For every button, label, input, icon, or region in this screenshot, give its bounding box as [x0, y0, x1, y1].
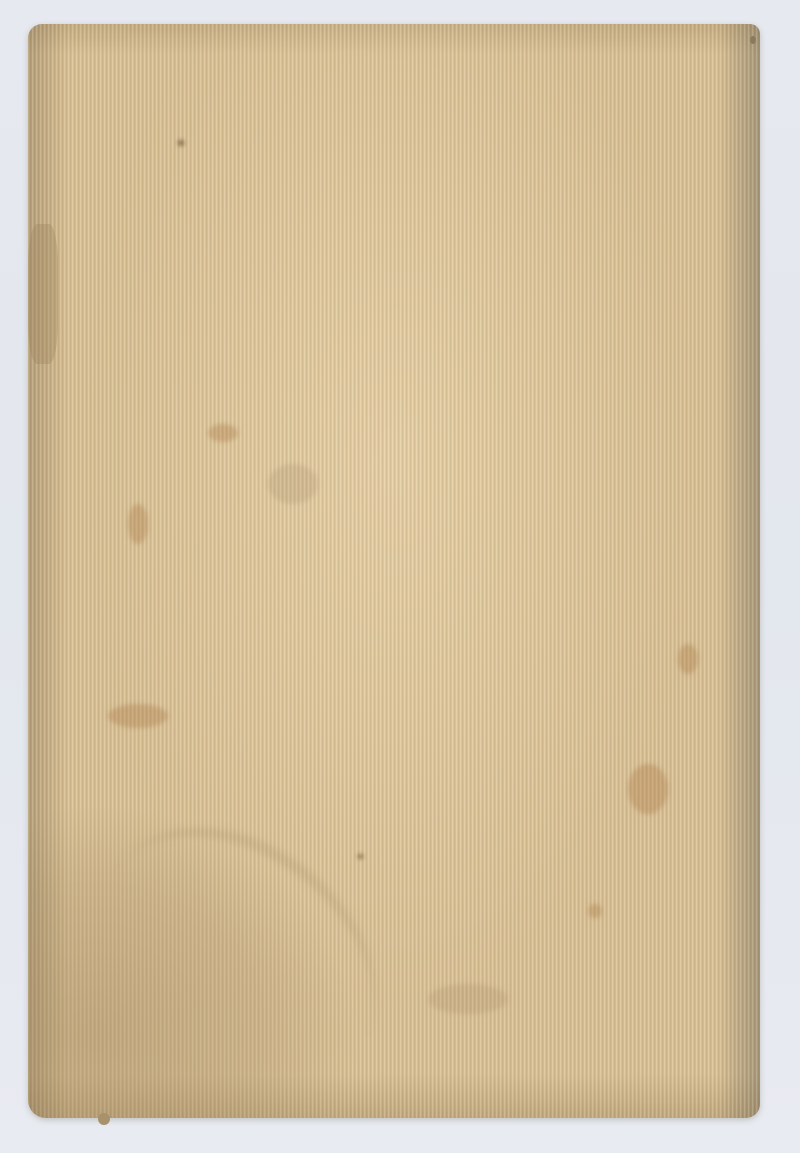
foxing-spot: [628, 764, 668, 814]
water-stain: [28, 804, 358, 1118]
foxing-spot: [268, 464, 318, 504]
dark-speck: [178, 140, 184, 146]
edge-wear-stain: [28, 224, 58, 364]
foxing-spot: [128, 504, 148, 544]
foxing-spot: [108, 704, 168, 728]
water-stain-tideline: [52, 787, 425, 1118]
photo-background: [0, 0, 800, 1153]
dark-speck: [358, 854, 363, 859]
foxing-spot: [588, 904, 602, 918]
foxing-spot: [208, 424, 238, 442]
foxing-spot: [678, 644, 698, 674]
binding-thread-nub: [750, 36, 756, 44]
book-cover: [28, 24, 760, 1118]
foxing-spot: [428, 984, 508, 1014]
binding-thread-nub: [98, 1113, 110, 1125]
